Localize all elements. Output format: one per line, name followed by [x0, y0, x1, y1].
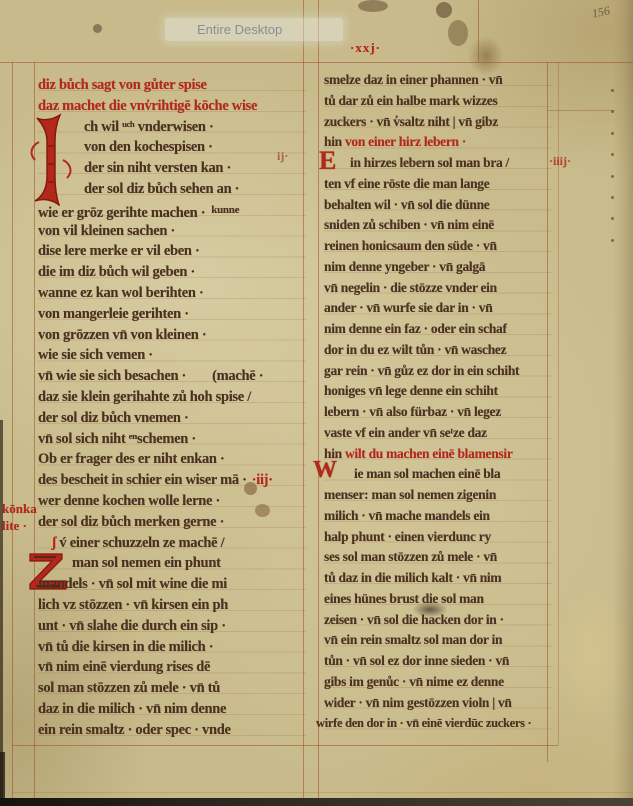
line-text: der sol diz bůch vnemen · — [38, 410, 189, 426]
line-text: dise lere merke er vil eben · — [38, 243, 200, 259]
line-text: sniden zů schiben · vn̄ nim einē — [324, 217, 494, 232]
ruling-line — [0, 62, 633, 63]
line-text: von mangerleie gerihten · — [38, 306, 189, 322]
text-line: ie man sol machen einē bla — [354, 464, 500, 484]
text-line: von den kochespisen · — [84, 137, 213, 157]
pricking-hole — [611, 110, 614, 113]
line-text: vaste vf ein ander vn̄ seᵗze daz — [324, 425, 487, 440]
line-text: vn̄ sol sich niht ᵉⁿschemen · — [38, 431, 196, 447]
text-line: dise lere merke er vil eben · — [38, 241, 200, 261]
line-text: ses sol man stōzzen zů mele · vn̄ — [324, 549, 497, 564]
text-line: der sol diz bůch vnemen · — [38, 408, 189, 428]
text-line: diz bůch sagt von gůter spise — [38, 75, 207, 95]
line-text: vn̄ negelin · die stōzze vnder ein — [324, 280, 497, 295]
text-line: daz machet die vnv̓rihtigē kōche wise — [38, 96, 257, 116]
text-line: ses sol man stōzzen zů mele · vn̄ — [324, 547, 497, 567]
line-text: daz in die milich · vn̄ nim denne — [38, 701, 226, 717]
text-line: gar rein · vn̄ gůz ez dor in ein schiht — [324, 361, 519, 381]
line-text: lebern · vn̄ also fürbaz · vn̄ legez — [324, 404, 501, 419]
text-line: ʃ v́ einer schuzzeln ze machē / — [52, 533, 224, 553]
ruling-line — [12, 62, 13, 798]
text-line: nim denne ein faz · oder ein schaf — [324, 319, 507, 339]
scan-edge-left — [0, 420, 3, 802]
text-line: vn̄ ein rein smaltz sol man dor in — [324, 630, 502, 650]
line-text: nim denne ein faz · oder ein schaf — [324, 321, 507, 336]
text-line: zuckers · vn̄ v̓saltz niht | vn̄ gibz — [324, 112, 498, 132]
left-text-column: diz bůch sagt von gůter spisedaz machet … — [38, 75, 306, 743]
text-line: man sol nemen ein phunt — [72, 553, 221, 573]
line-text: wanne ez kan wol berihten · — [38, 285, 204, 301]
text-line: vn̄ wie sie sich besachen ·(machē · — [38, 366, 263, 386]
text-line: vn̄ tů die kirsen in die milich · — [38, 637, 213, 657]
text-line: wanne ez kan wol berihten · — [38, 283, 204, 303]
text-line: wie er grōz gerihte machen ·kunne — [38, 200, 239, 223]
text-line: dor in du ez wilt tůn · vn̄ waschez — [324, 340, 506, 360]
line-text: der sol diz bůch merken gerne · — [38, 514, 224, 530]
text-line: eines hünes brust die sol man — [324, 589, 484, 609]
stain — [448, 20, 468, 46]
pricking-hole — [611, 196, 614, 199]
line-text: mandels · vn̄ sol mit wine die mi — [38, 576, 227, 592]
line-text: v́ einer schuzzeln ze machē / — [59, 535, 224, 551]
line-tail: (machē · — [212, 366, 263, 386]
line-text: gar rein · vn̄ gůz ez dor in ein schiht — [324, 363, 519, 378]
text-line: sniden zů schiben · vn̄ nim einē — [324, 215, 494, 235]
text-line: lich vz stōzzen · vn̄ kirsen ein ph — [38, 595, 228, 615]
text-line: hin wilt du machen einē blamensir — [324, 444, 513, 464]
scan-edge-corner — [0, 752, 5, 802]
text-line: reinen honicsaum den süde · vn̄ — [324, 236, 497, 256]
line-text: halp phunt · einen vierdunc ry — [324, 529, 491, 544]
line-text: behalten wil · vn̄ sol die dünne — [324, 197, 490, 212]
text-line: smelze daz in einer phannen · vn̄ — [324, 70, 502, 90]
text-line: ten vf eine rōste die man lange — [324, 174, 489, 194]
line-text: diz bůch sagt von gůter spise — [38, 77, 207, 93]
line-text: reinen honicsaum den süde · vn̄ — [324, 238, 497, 253]
text-line: tů dar zů ein halbe mark wizzes — [324, 91, 497, 111]
text-line: honiges vn̄ lege denne ein schiht — [324, 381, 498, 401]
stain — [436, 2, 452, 18]
line-text: dor in du ez wilt tůn · vn̄ waschez — [324, 342, 506, 357]
stain — [358, 0, 388, 12]
ruling-line — [547, 110, 615, 111]
line-text: unt · vn̄ slahe die durch ein sip · — [38, 618, 226, 634]
line-text: eines hünes brust die sol man — [324, 591, 484, 606]
line-text: tů daz in die milich kalt · vn̄ nim — [324, 570, 501, 585]
ruling-line — [318, 0, 319, 798]
line-text: vn̄ tů die kirsen in die milich · — [38, 639, 213, 655]
line-text: in hirzes lebern sol man bra / — [350, 155, 509, 170]
line-text: tůn · vn̄ sol ez dor inne sieden · vn̄ — [324, 653, 509, 668]
text-line: von vil kleinen sachen · — [38, 221, 175, 241]
line-text: man sol nemen ein phunt — [72, 555, 221, 571]
line-text: menser: man sol nemen zigenin — [324, 487, 496, 502]
text-line: ein rein smaltz · oder spec · vnde — [38, 720, 231, 740]
line-text: vn̄ nim einē vierdung rises dē — [38, 659, 210, 675]
pricking-hole — [611, 217, 614, 220]
page-edge-right — [613, 0, 633, 806]
line-text: tů dar zů ein halbe mark wizzes — [324, 93, 497, 108]
text-line: die im diz bůch wil geben · — [38, 262, 195, 282]
line-text: ie man sol machen einē bla — [354, 466, 500, 481]
margin-chapter-numeral-iiij: ·iiij· — [549, 154, 571, 169]
text-line: sol man stōzzen zů mele · vn̄ tů — [38, 678, 220, 698]
text-line: ch wil ᵘᶜʰ vnderwisen · — [84, 117, 214, 137]
line-text: daz machet die vnv̓rihtigē kōche wise — [38, 98, 257, 114]
line-text: smelze daz in einer phannen · vn̄ — [324, 72, 502, 87]
screen-share-overlay: Entire Desktop — [165, 18, 343, 41]
text-line: vn̄ sol sich niht ᵉⁿschemen · — [38, 429, 196, 449]
text-line: zeisen · vn̄ sol die hacken dor in · — [324, 610, 504, 630]
line-text: zeisen · vn̄ sol die hacken dor in · — [324, 612, 504, 627]
line-text: ch wil ᵘᶜʰ vnderwisen · — [84, 119, 214, 135]
line-text: nim denne yngeber · vn̄ galgā — [324, 259, 485, 274]
margin-note-konkavelite-1: kōnka — [2, 501, 37, 517]
text-line: der sin niht versten kan · — [84, 158, 231, 178]
line-text: lich vz stōzzen · vn̄ kirsen ein ph — [38, 597, 228, 613]
text-line: des bescheit in schier ein wiser mā ··ii… — [38, 470, 273, 490]
text-line: daz sie klein gerihahte zů hoh spise / — [38, 387, 251, 407]
text-line: vn̄ negelin · die stōzze vnder ein — [324, 278, 497, 298]
pricking-hole — [611, 239, 614, 242]
text-line: menser: man sol nemen zigenin — [324, 485, 496, 505]
line-text: von vil kleinen sachen · — [38, 223, 175, 239]
line-text: des bescheit in schier ein wiser mā · — [38, 472, 247, 488]
line-text: der sin niht versten kan · — [84, 160, 231, 176]
right-text-column: smelze daz in einer phannen · vn̄tů dar … — [324, 70, 552, 740]
folio-number: 156 — [591, 3, 612, 21]
line-text: von grōzzen vn̄ von kleinen · — [38, 327, 206, 343]
line-text: vn̄ ein rein smaltz sol man dor in — [324, 632, 502, 647]
text-line: gibs im genůc · vn̄ nime ez denne — [324, 672, 504, 692]
text-line: hin von einer hirz lebern · — [324, 132, 466, 152]
line-text: gibs im genůc · vn̄ nime ez denne — [324, 674, 504, 689]
line-text: Ob er frager des er niht enkan · — [38, 451, 225, 467]
ruling-line — [12, 745, 558, 746]
line-text: ein rein smaltz · oder spec · vnde — [38, 722, 231, 738]
line-text: der sol diz bůch sehen an · — [84, 181, 239, 197]
line-text: wie er grōz gerihte machen · — [38, 205, 205, 221]
line-text: die im diz bůch wil geben · — [38, 264, 195, 280]
text-line: ander · vn̄ wurfe sie dar in · vn̄ — [324, 298, 492, 318]
text-line: nim denne yngeber · vn̄ galgā — [324, 257, 485, 277]
text-line: von grōzzen vn̄ von kleinen · — [38, 325, 206, 345]
line-text: von einer hirz lebern · — [345, 134, 466, 149]
line-text: wirfe den dor in · vn̄ einē vierdūc zuck… — [316, 716, 531, 730]
text-line: der sol diz bůch merken gerne · — [38, 512, 224, 532]
text-line: tů daz in die milich kalt · vn̄ nim — [324, 568, 501, 588]
line-text: wilt du machen einē blamensir — [345, 446, 513, 461]
ruling-line — [478, 0, 479, 62]
line-text: zuckers · vn̄ v̓saltz niht | vn̄ gibz — [324, 114, 498, 129]
text-line: wirfe den dor in · vn̄ einē vierdūc zuck… — [316, 713, 531, 733]
text-line: wider · vn̄ nim gestōzzen violn | vn̄ — [324, 693, 512, 713]
line-text: wie sie sich vemen · — [38, 347, 153, 363]
line-text: vn̄ wie sie sich besachen · — [38, 368, 186, 384]
line-text: ten vf eine rōste die man lange — [324, 176, 489, 191]
text-line: in hirzes lebern sol man bra / — [350, 153, 509, 173]
text-line: daz in die milich · vn̄ nim denne — [38, 699, 226, 719]
sheen — [552, 580, 632, 730]
scan-edge-bottom — [0, 798, 633, 806]
line-text: von den kochespisen · — [84, 139, 213, 155]
stain — [93, 24, 102, 33]
line-text: wer denne kochen wolle lerne · — [38, 493, 220, 509]
pricking-hole — [611, 132, 614, 135]
text-line: vaste vf ein ander vn̄ seᵗze daz — [324, 423, 487, 443]
pricking-hole — [611, 89, 614, 92]
text-line: von mangerleie gerihten · — [38, 304, 189, 324]
text-line: mandels · vn̄ sol mit wine die mi — [38, 574, 227, 594]
text-line: der sol diz bůch sehen an · — [84, 179, 239, 199]
line-text: ander · vn̄ wurfe sie dar in · vn̄ — [324, 300, 492, 315]
text-line: unt · vn̄ slahe die durch ein sip · — [38, 616, 226, 636]
text-line: milich · vn̄ mache mandels ein — [324, 506, 490, 526]
pricking-hole — [611, 175, 614, 178]
quire-numeral: ·xxj· — [350, 40, 381, 56]
line-text: daz sie klein gerihahte zů hoh spise / — [38, 389, 251, 405]
text-line: Ob er frager des er niht enkan · — [38, 449, 225, 469]
line-tail: kunne — [211, 200, 239, 220]
text-line: lebern · vn̄ also fürbaz · vn̄ legez — [324, 402, 501, 422]
text-line: wie sie sich vemen · — [38, 345, 153, 365]
text-line: tůn · vn̄ sol ez dor inne sieden · vn̄ — [324, 651, 509, 671]
pricking-hole — [611, 153, 614, 156]
text-line: halp phunt · einen vierdunc ry — [324, 527, 491, 547]
line-tail: ·iij· — [252, 470, 273, 490]
line-lead: hin — [324, 134, 345, 149]
line-text: wider · vn̄ nim gestōzzen violn | vn̄ — [324, 695, 512, 710]
text-line: vn̄ nim einē vierdung rises dē — [38, 657, 210, 677]
line-lead: hin — [324, 446, 345, 461]
manuscript-page: Entire Desktop 156 ·xxj· ij· ·iiij· kōnk… — [0, 0, 633, 806]
text-line: behalten wil · vn̄ sol die dünne — [324, 195, 490, 215]
overlay-label: Entire Desktop — [197, 22, 282, 37]
ruling-line — [12, 792, 633, 793]
line-text: sol man stōzzen zů mele · vn̄ tů — [38, 680, 220, 696]
text-line: wer denne kochen wolle lerne · — [38, 491, 220, 511]
line-text: milich · vn̄ mache mandels ein — [324, 508, 490, 523]
margin-note-konkavelite-2: lite · — [2, 518, 27, 534]
line-text: honiges vn̄ lege denne ein schiht — [324, 383, 498, 398]
